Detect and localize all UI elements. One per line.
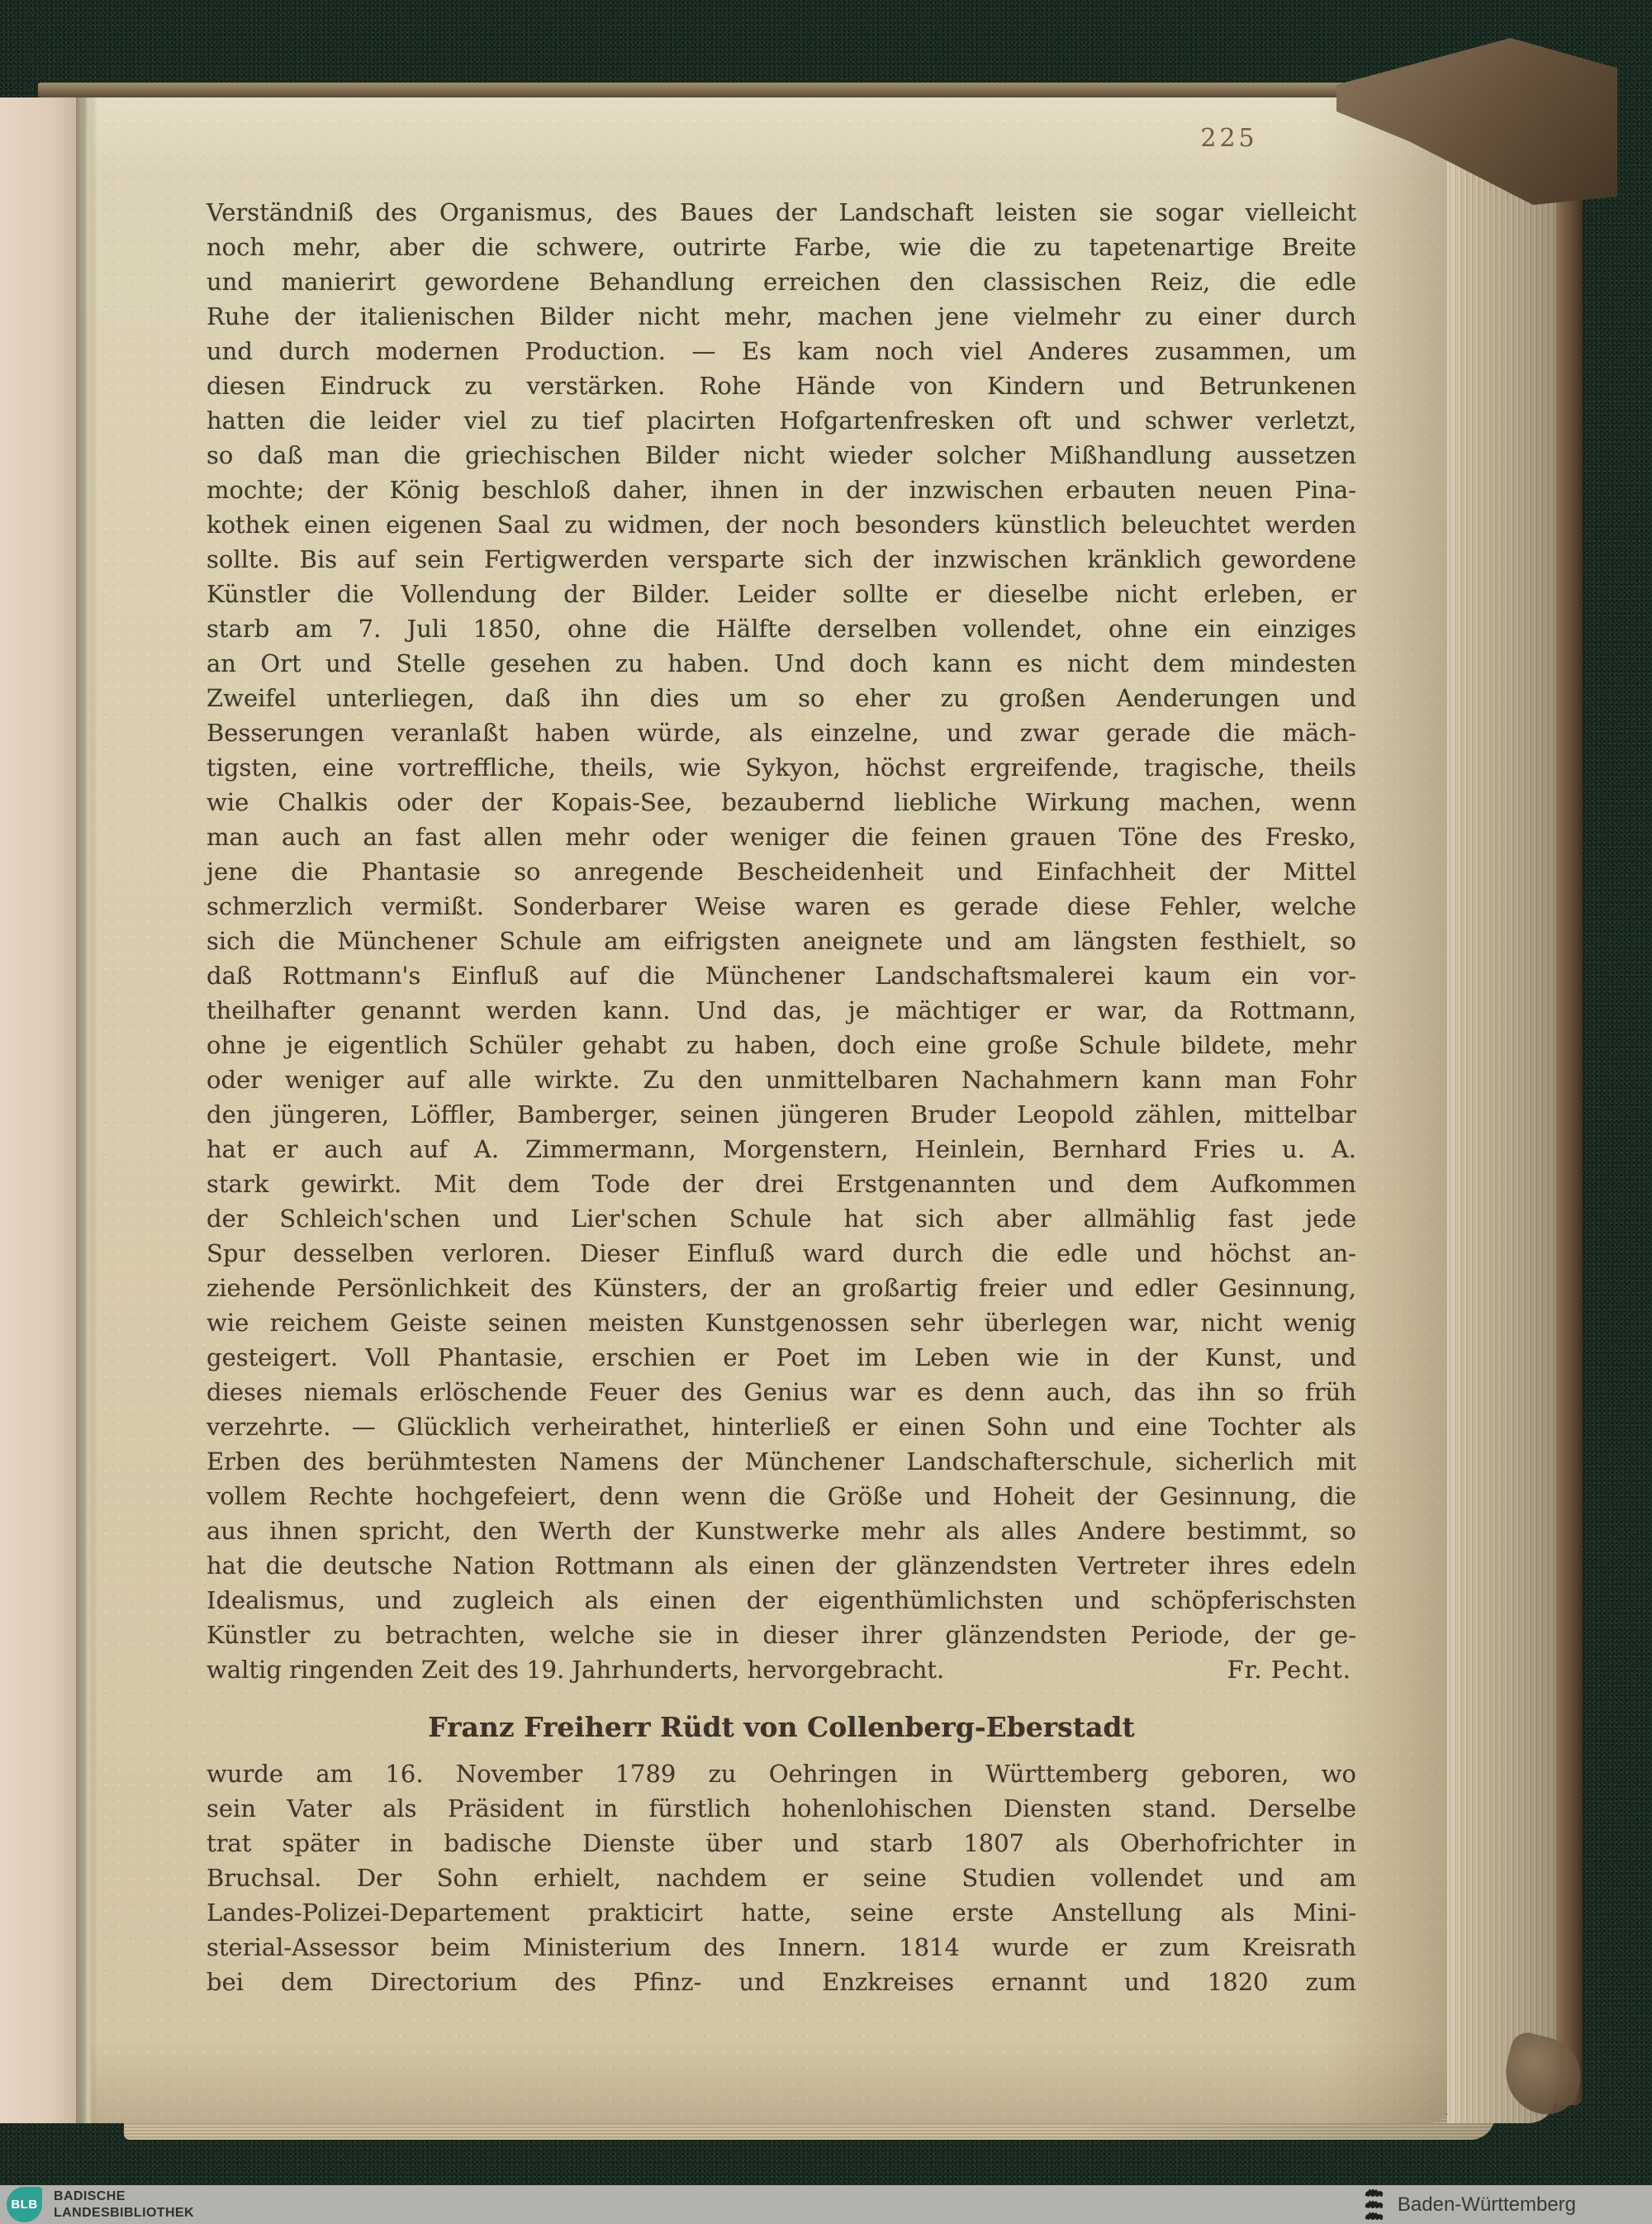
text-line: wurde am 16. November 1789 zu Oehringen … (206, 1756, 1356, 1791)
text-line: an Ort und Stelle gesehen zu haben. Und … (206, 646, 1356, 681)
book-gutter (76, 97, 97, 2123)
blb-logo-icon: BLB (7, 2187, 42, 2222)
text-line: wie Chalkis oder der Kopais-See, bezaube… (206, 785, 1356, 820)
text-line: gesteigert. Voll Phantasie, erschien er … (206, 1340, 1356, 1375)
text-line: hat er auch auf A. Zimmermann, Morgenste… (206, 1132, 1356, 1167)
text-line: und durch modernen Production. — Es kam … (206, 334, 1356, 368)
three-lions-coat-of-arms-icon (1361, 2188, 1388, 2222)
text-line: man auch an fast allen mehr oder weniger… (206, 820, 1356, 854)
state-name: Baden-Württemberg (1398, 2193, 1576, 2217)
text-line: wie reichem Geiste seinen meisten Kunstg… (206, 1305, 1356, 1340)
text-line: starb am 7. Juli 1850, ohne die Hälfte d… (206, 611, 1356, 646)
text-line: so daß man die griechischen Bilder nicht… (206, 438, 1356, 473)
text-line: Künstler zu betrachten, welche sie in di… (206, 1618, 1356, 1652)
text-line: der Schleich'schen und Lier'schen Schule… (206, 1201, 1356, 1236)
text-line: schmerzlich vermißt. Sonderbarer Weise w… (206, 889, 1356, 924)
text-line: Ruhe der italienischen Bilder nicht mehr… (206, 299, 1356, 334)
state-branding: Baden-Württemberg (1361, 2188, 1576, 2222)
text-line: ziehende Persönlichkeit des Künsters, de… (206, 1271, 1356, 1305)
text-line: daß Rottmann's Einfluß auf die Münchener… (206, 958, 1356, 993)
text-line: sich die Münchener Schule am eifrigsten … (206, 924, 1356, 958)
text-line: sterial-Assessor beim Ministerium des In… (206, 1930, 1356, 1965)
book-cover-right-edge (1556, 89, 1583, 2105)
text-line: Idealismus, und zugleich als einen der e… (206, 1583, 1356, 1618)
page-stack-fore-edge (1447, 109, 1556, 2123)
text-line: sollte. Bis auf sein Fertigwerden verspa… (206, 542, 1356, 577)
article-ruedt-body: wurde am 16. November 1789 zu Oehringen … (206, 1756, 1356, 1999)
library-name-line2: LANDESBIBLIOTHEK (54, 2205, 194, 2222)
article-rottmann-body: Verständniß des Organismus, des Baues de… (206, 195, 1356, 1652)
text-line: sein Vater als Präsident in fürstlich ho… (206, 1791, 1356, 1826)
page-text-block: Verständniß des Organismus, des Baues de… (206, 195, 1356, 1999)
text-line: vollem Rechte hochgefeiert, denn wenn di… (206, 1479, 1356, 1514)
text-line: trat später in badische Dienste über und… (206, 1826, 1356, 1860)
text-line: hat die deutsche Nation Rottmann als ein… (206, 1548, 1356, 1583)
text-line: kothek einen eigenen Saal zu widmen, der… (206, 507, 1356, 542)
library-name-line1: BADISCHE (54, 2188, 194, 2205)
text-line: Besserungen veranlaßt haben würde, als e… (206, 715, 1356, 750)
text-line: stark gewirkt. Mit dem Tode der drei Ers… (206, 1167, 1356, 1201)
book-scan-scene: { "page": { "page_number": "225", "artic… (0, 0, 1652, 2224)
author-signature: Fr. Pecht. (1227, 1652, 1356, 1687)
last-line-text: waltig ringenden Zeit des 19. Jahrhunder… (206, 1652, 944, 1687)
text-line: noch mehr, aber die schwere, outrirte Fa… (206, 230, 1356, 264)
text-line: verzehrte. — Glücklich verheirathet, hin… (206, 1409, 1356, 1444)
library-footer-bar: BLB BADISCHE LANDESBIBLIOTHEK Baden-Würt… (0, 2185, 1652, 2224)
blb-logo-text: BLB (11, 2198, 37, 2212)
article-rottmann-last-line: waltig ringenden Zeit des 19. Jahrhunder… (206, 1652, 1356, 1687)
article-heading: Franz Freiherr Rüdt von Collenberg-Ebers… (206, 1708, 1356, 1746)
text-line: theilhafter genannt werden kann. Und das… (206, 993, 1356, 1028)
text-line: hatten die leider viel zu tief placirten… (206, 403, 1356, 438)
text-line: Verständniß des Organismus, des Baues de… (206, 195, 1356, 230)
text-line: Erben des berühmtesten Namens der Münche… (206, 1444, 1356, 1479)
library-name: BADISCHE LANDESBIBLIOTHEK (54, 2188, 194, 2222)
text-line: Künstler die Vollendung der Bilder. Leid… (206, 577, 1356, 611)
text-line: diesen Eindruck zu verstärken. Rohe Händ… (206, 368, 1356, 403)
text-line: Bruchsal. Der Sohn erhielt, nachdem er s… (206, 1860, 1356, 1895)
facing-page-edge (0, 97, 79, 2123)
text-line: Spur desselben verloren. Dieser Einfluß … (206, 1236, 1356, 1271)
text-line: jene die Phantasie so anregende Bescheid… (206, 854, 1356, 889)
text-line: bei dem Directorium des Pfinz- und Enzkr… (206, 1965, 1356, 1999)
text-line: tigsten, eine vortreffliche, theils, wie… (206, 750, 1356, 785)
text-line: Zweifel unterliegen, daß ihn dies um so … (206, 681, 1356, 715)
text-line: aus ihnen spricht, den Werth der Kunstwe… (206, 1514, 1356, 1548)
text-line: mochte; der König beschloß daher, ihnen … (206, 473, 1356, 507)
text-line: ohne je eigentlich Schüler gehabt zu hab… (206, 1028, 1356, 1062)
text-line: den jüngeren, Löffler, Bamberger, seinen… (206, 1097, 1356, 1132)
library-branding: BLB BADISCHE LANDESBIBLIOTHEK (7, 2187, 194, 2222)
text-line: Landes-Polizei-Departement prakticirt ha… (206, 1895, 1356, 1930)
page-number: 225 (1163, 124, 1295, 153)
text-line: dieses niemals erlöschende Feuer des Gen… (206, 1375, 1356, 1409)
text-line: oder weniger auf alle wirkte. Zu den unm… (206, 1062, 1356, 1097)
text-line: und manierirt gewordene Behandlung errei… (206, 264, 1356, 299)
